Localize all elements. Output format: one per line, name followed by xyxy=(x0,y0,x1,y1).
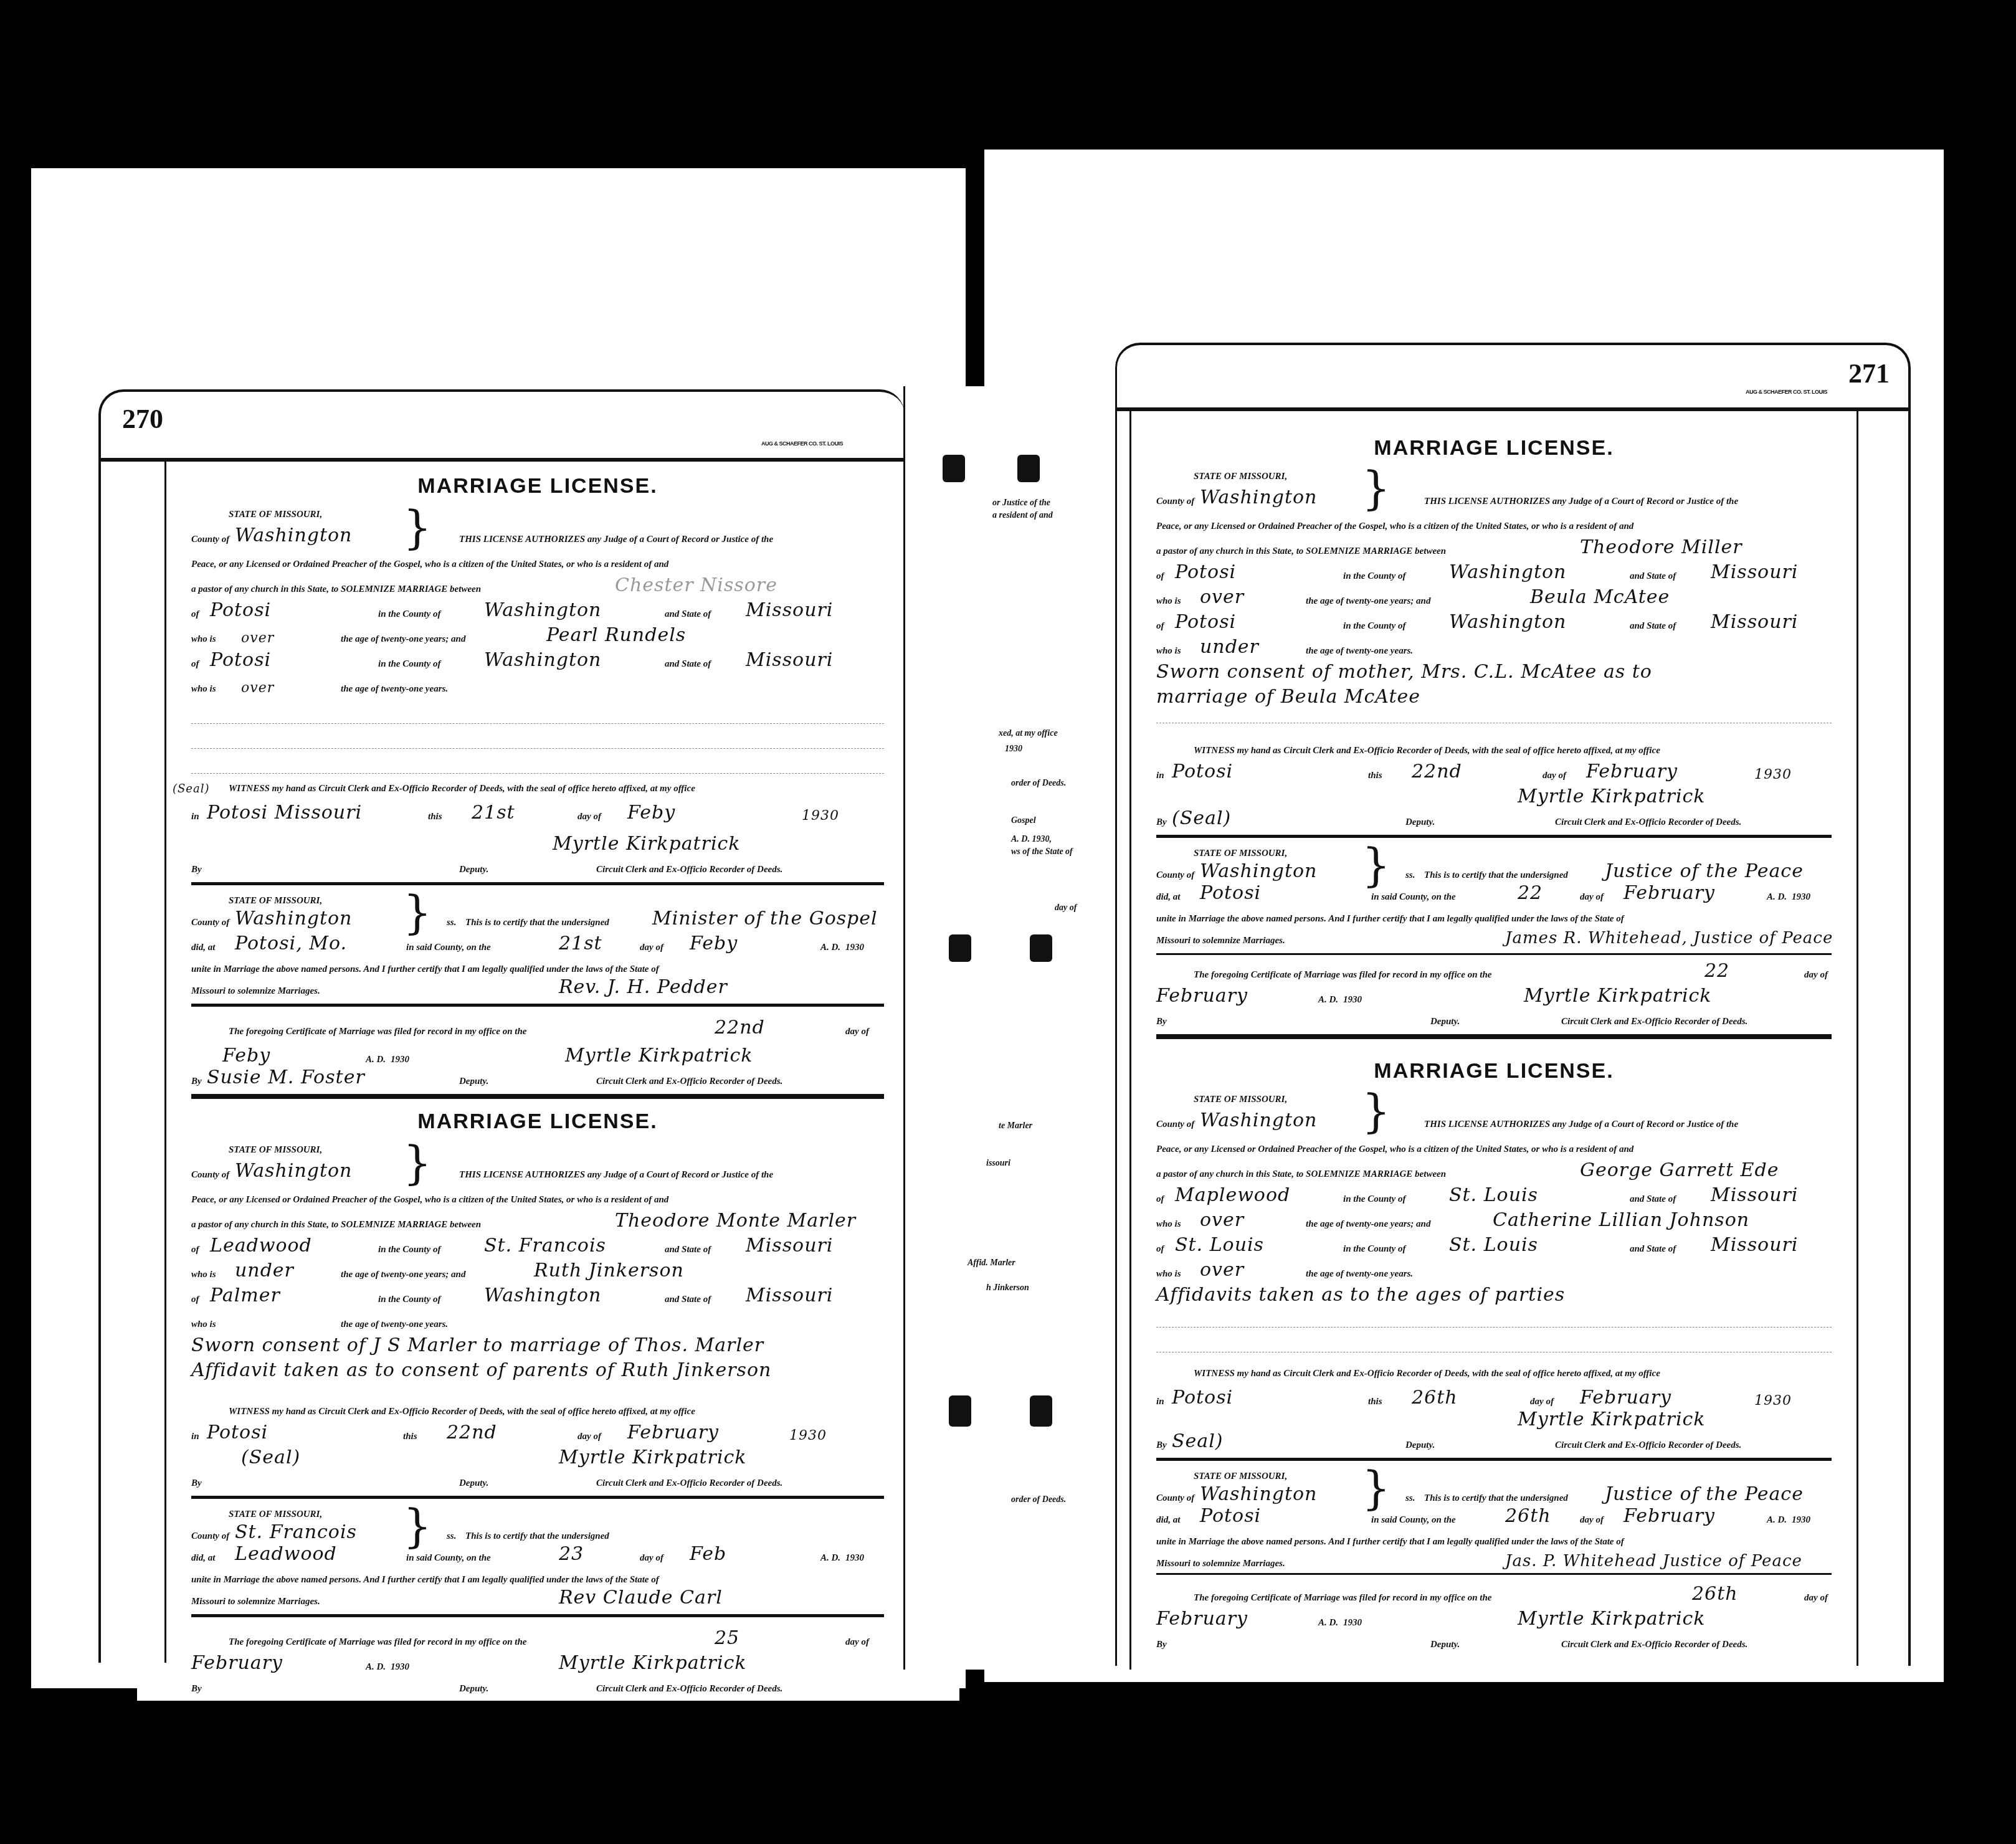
state-label: STATE OF MISSOURI, xyxy=(1194,848,1287,859)
who-is-label: who is xyxy=(191,684,216,695)
groom-county: St. Louis xyxy=(1449,1184,1538,1206)
age-label: the age of twenty-one years. xyxy=(1306,646,1413,657)
filed-deputy: Susie M. Foster xyxy=(207,1067,365,1088)
by-label: By xyxy=(1156,1440,1167,1451)
license-title: MARRIAGE LICENSE. xyxy=(166,474,909,498)
in-said-county-label: in said County, on the xyxy=(1371,892,1456,903)
unite-text: unite in Marriage the above named person… xyxy=(1156,1537,1624,1547)
day-of-label: day of xyxy=(1543,771,1566,781)
day-of-label: day of xyxy=(578,1432,601,1442)
authorizes-line-3: a pastor of any church in this State, to… xyxy=(191,1220,481,1230)
groom-town: Potosi xyxy=(210,599,271,621)
gutter-fragment: ws of the State of xyxy=(1011,847,1073,857)
in-label: in xyxy=(1156,771,1164,781)
bride-state: Missouri xyxy=(746,649,833,671)
clerk-title: Circuit Clerk and Ex-Officio Recorder of… xyxy=(596,1684,782,1694)
authorizes-line-3: a pastor of any church in this State, to… xyxy=(191,584,481,595)
groom-town: Potosi xyxy=(1175,561,1236,583)
gutter-fragment: or Justice of the xyxy=(992,498,1050,508)
county-of-label: in the County of xyxy=(378,609,440,620)
groom-name: Chester Nissore xyxy=(615,574,777,596)
witness-year: 1930 xyxy=(789,1428,827,1443)
state-label: STATE OF MISSOURI, xyxy=(229,1509,322,1520)
did-at-label: did, at xyxy=(191,943,215,953)
of-label: of xyxy=(191,1245,199,1255)
cert-county: Washington xyxy=(1200,1483,1317,1505)
age-label: the age of twenty-one years; and xyxy=(1306,1219,1430,1230)
bride-age: over xyxy=(1200,1259,1244,1281)
filed-clerk-signature: Myrtle Kirkpatrick xyxy=(559,1652,747,1674)
groom-age: over xyxy=(1200,586,1244,608)
cert-month: February xyxy=(1624,882,1715,904)
groom-name: Theodore Miller xyxy=(1580,536,1743,558)
cert-day: 23 xyxy=(559,1543,584,1565)
authorizes-line-2: Peace, or any Licensed or Ordained Preac… xyxy=(191,559,668,570)
day-of-label: day of xyxy=(845,1027,869,1037)
who-is-label: who is xyxy=(191,1270,216,1280)
authorizes-line-1: THIS LICENSE AUTHORIZES any Judge of a C… xyxy=(459,1170,773,1181)
cert-place: Leadwood xyxy=(235,1543,337,1565)
bride-name: Beula McAtee xyxy=(1530,586,1670,608)
page-number-left: 270 xyxy=(122,403,163,435)
certify-text: This is to certify that the undersigned xyxy=(1424,1493,1568,1504)
unite-text: unite in Marriage the above named person… xyxy=(1156,914,1624,924)
certify-text: This is to certify that the undersigned xyxy=(465,918,609,928)
witness-month: Feby xyxy=(627,802,675,824)
seal-mark: (Seal) xyxy=(173,782,210,796)
filed-text: The foregoing Certificate of Marriage wa… xyxy=(1194,970,1491,981)
day-of-label: day of xyxy=(640,943,663,953)
in-said-county-label: in said County, on the xyxy=(406,943,491,953)
filed-year: 1930 xyxy=(1343,1618,1362,1628)
witness-text: WITNESS my hand as Circuit Clerk and Ex-… xyxy=(229,784,695,794)
witness-month: February xyxy=(1586,761,1678,782)
who-is-label: who is xyxy=(191,1319,216,1330)
this-label: this xyxy=(1368,1397,1382,1407)
county-of-label: in the County of xyxy=(1343,1244,1405,1255)
license-county: Washington xyxy=(235,1160,352,1182)
filed-day: 22nd xyxy=(715,1017,765,1038)
groom-town: Leadwood xyxy=(210,1235,312,1257)
age-label: the age of twenty-one years. xyxy=(341,1319,448,1330)
day-of-label: day of xyxy=(1530,1397,1554,1407)
bride-town: Palmer xyxy=(210,1285,280,1306)
day-of-label: day of xyxy=(1804,1593,1828,1604)
witness-text: WITNESS my hand as Circuit Clerk and Ex-… xyxy=(229,1407,695,1417)
cert-county: Washington xyxy=(235,908,352,929)
bride-state: Missouri xyxy=(1711,1234,1798,1256)
groom-state: Missouri xyxy=(746,599,833,621)
binding-tab xyxy=(949,1395,971,1427)
of-label: of xyxy=(1156,621,1164,632)
ad-label: A. D. xyxy=(366,1662,386,1673)
by-label: By xyxy=(1156,817,1167,828)
bride-age: under xyxy=(1200,636,1259,658)
deputy-label: Deputy. xyxy=(459,1478,488,1489)
marriage-license-3: MARRIAGE LICENSE. STATE OF MISSOURI, } C… xyxy=(1131,411,1857,997)
in-label: in xyxy=(191,1432,199,1442)
witness-day: 21st xyxy=(472,802,515,824)
officiant-title: Justice of the Peace xyxy=(1605,1483,1804,1505)
gutter-fragment: te Marler xyxy=(999,1121,1032,1131)
witness-text: WITNESS my hand as Circuit Clerk and Ex-… xyxy=(1194,746,1660,756)
witness-place: Potosi xyxy=(207,1422,268,1443)
deputy-label: Deputy. xyxy=(1430,1017,1460,1027)
cert-place: Potosi xyxy=(1200,1505,1261,1527)
authorizes-line-2: Peace, or any Licensed or Ordained Preac… xyxy=(1156,521,1633,532)
age-label: the age of twenty-one years. xyxy=(341,684,448,695)
form-frame-left: MARRIAGE LICENSE. STATE OF MISSOURI, } C… xyxy=(164,462,911,1663)
gutter-fragment: a resident of and xyxy=(992,511,1053,521)
unite-text: unite in Marriage the above named person… xyxy=(191,964,659,975)
gutter-fragment: Gospel xyxy=(1011,816,1036,826)
deputy-label: Deputy. xyxy=(1405,1440,1435,1451)
who-is-label: who is xyxy=(1156,1269,1181,1280)
ad-label: A. D. xyxy=(820,1553,840,1564)
marriage-license-2: MARRIAGE LICENSE. STATE OF MISSOURI, } C… xyxy=(166,1103,909,1664)
groom-age: under xyxy=(235,1260,294,1281)
cert-month: February xyxy=(1624,1505,1715,1527)
solemnize-text: Missouri to solemnize Marriages. xyxy=(1156,936,1285,946)
county-of-label: in the County of xyxy=(378,1295,440,1305)
witness-text: WITNESS my hand as Circuit Clerk and Ex-… xyxy=(1194,1369,1660,1379)
certify-text: This is to certify that the undersigned xyxy=(1424,870,1568,881)
of-label: of xyxy=(1156,1194,1164,1205)
groom-name: Theodore Monte Marler xyxy=(615,1210,856,1232)
bride-name: Ruth Jinkerson xyxy=(534,1260,684,1281)
county-of-label: in the County of xyxy=(1343,621,1405,632)
filed-day: 22 xyxy=(1705,960,1729,982)
did-at-label: did, at xyxy=(1156,1515,1180,1526)
authorizes-line-3: a pastor of any church in this State, to… xyxy=(1156,546,1446,557)
filed-year: 1930 xyxy=(391,1662,409,1673)
county-of-label: in the County of xyxy=(378,659,440,670)
witness-deputy: Seal) xyxy=(1172,1430,1224,1452)
officiant-signature: Rev. J. H. Pedder xyxy=(559,976,728,998)
day-of-label: day of xyxy=(845,1637,869,1648)
by-label: By xyxy=(191,865,202,875)
groom-county: Washington xyxy=(484,599,601,621)
state-of-label: and State of xyxy=(1630,1194,1676,1205)
clerk-signature: Myrtle Kirkpatrick xyxy=(559,1447,747,1468)
clerk-signature: Myrtle Kirkpatrick xyxy=(553,833,741,855)
bride-county: St. Louis xyxy=(1449,1234,1538,1256)
printer-imprint: AUG & SCHAEFER CO. ST. LOUIS xyxy=(761,440,843,447)
ad-label: A. D. xyxy=(1767,1515,1787,1526)
state-of-label: and State of xyxy=(1630,621,1676,632)
ad-label: A. D. xyxy=(820,943,840,953)
filed-month: February xyxy=(1156,1608,1248,1630)
gutter-fragment: issouri xyxy=(986,1159,1010,1169)
groom-state: Missouri xyxy=(1711,561,1798,583)
license-title: MARRIAGE LICENSE. xyxy=(1131,1059,1857,1083)
did-at-label: did, at xyxy=(191,1553,215,1564)
gutter-fragment: A. D. 1930, xyxy=(1011,835,1052,845)
ad-label: A. D. xyxy=(1318,995,1338,1005)
bride-county: Washington xyxy=(484,649,601,671)
license-note: Sworn consent of J S Marler to marriage … xyxy=(191,1334,764,1356)
by-label: By xyxy=(191,1684,202,1694)
cert-year: 1930 xyxy=(1792,1515,1810,1526)
license-title: MARRIAGE LICENSE. xyxy=(1131,436,1857,460)
cert-day: 22 xyxy=(1518,882,1543,904)
groom-age: over xyxy=(241,630,274,646)
groom-town: Maplewood xyxy=(1175,1184,1290,1206)
binding-tab xyxy=(949,934,971,962)
county-label: County of xyxy=(191,1531,229,1542)
clerk-title: Circuit Clerk and Ex-Officio Recorder of… xyxy=(596,865,782,875)
bride-name: Catherine Lillian Johnson xyxy=(1493,1209,1749,1231)
county-of-label: in the County of xyxy=(378,1245,440,1255)
by-label: By xyxy=(1156,1640,1167,1650)
cert-year: 1930 xyxy=(1792,892,1810,903)
license-county: Washington xyxy=(1200,1110,1317,1131)
clerk-signature: Myrtle Kirkpatrick xyxy=(1518,1409,1706,1430)
deputy-label: Deputy. xyxy=(459,1076,488,1087)
ad-label: A. D. xyxy=(1318,1618,1338,1628)
filed-year: 1930 xyxy=(391,1055,409,1065)
ad-label: A. D. xyxy=(366,1055,386,1065)
binding-tab xyxy=(1030,1395,1052,1427)
in-label: in xyxy=(191,812,199,822)
who-is-label: who is xyxy=(1156,646,1181,657)
of-label: of xyxy=(191,659,199,670)
officiant-title: Minister of the Gospel xyxy=(652,908,878,929)
in-label: in xyxy=(1156,1397,1164,1407)
ad-label: A. D. xyxy=(1767,892,1787,903)
gutter-fragment: order of Deeds. xyxy=(1011,1495,1066,1505)
state-label: STATE OF MISSOURI, xyxy=(229,1145,322,1156)
witness-day: 22nd xyxy=(1412,761,1462,782)
unite-text: unite in Marriage the above named person… xyxy=(191,1575,659,1585)
state-label: STATE OF MISSOURI, xyxy=(1194,1471,1287,1482)
marriage-license-1: MARRIAGE LICENSE. STATE OF MISSOURI, } C… xyxy=(166,462,909,1041)
of-label: of xyxy=(191,609,199,620)
authorizes-line-1: THIS LICENSE AUTHORIZES any Judge of a C… xyxy=(459,535,773,545)
license-title: MARRIAGE LICENSE. xyxy=(166,1110,909,1134)
binding-tab xyxy=(943,455,965,482)
groom-county: St. Francois xyxy=(484,1235,606,1257)
bride-town: Potosi xyxy=(1175,611,1236,633)
county-label: County of xyxy=(191,918,229,928)
filed-text: The foregoing Certificate of Marriage wa… xyxy=(229,1027,526,1037)
deputy-label: Deputy. xyxy=(459,1684,488,1694)
day-of-label: day of xyxy=(1804,970,1828,981)
bride-town: Potosi xyxy=(210,649,271,671)
witness-deputy: (Seal) xyxy=(1172,807,1231,829)
of-label: of xyxy=(1156,1244,1164,1255)
clerk-title: Circuit Clerk and Ex-Officio Recorder of… xyxy=(596,1076,782,1087)
who-is-label: who is xyxy=(1156,1219,1181,1230)
did-at-label: did, at xyxy=(1156,892,1180,903)
authorizes-line-3: a pastor of any church in this State, to… xyxy=(1156,1169,1446,1180)
county-of-label: in the County of xyxy=(1343,571,1405,582)
filed-day: 26th xyxy=(1692,1583,1738,1605)
witness-day: 26th xyxy=(1412,1387,1458,1409)
deputy-label: Deputy. xyxy=(1430,1640,1460,1650)
license-county: Washington xyxy=(1200,487,1317,508)
cert-day: 26th xyxy=(1505,1505,1551,1527)
marriage-license-4: MARRIAGE LICENSE. STATE OF MISSOURI, } C… xyxy=(1131,1053,1857,1645)
county-label: County of xyxy=(1156,497,1194,507)
county-label: County of xyxy=(1156,1493,1194,1504)
groom-state: Missouri xyxy=(1711,1184,1798,1206)
page-number-right: 271 xyxy=(1848,358,1890,389)
gutter-fragment: xed, at my office xyxy=(999,729,1058,739)
license-note: Sworn consent of mother, Mrs. C.L. McAte… xyxy=(1156,661,1652,683)
solemnize-text: Missouri to solemnize Marriages. xyxy=(191,1597,320,1607)
witness-place: Potosi xyxy=(1172,761,1233,782)
age-label: the age of twenty-one years; and xyxy=(341,1270,465,1280)
cert-year: 1930 xyxy=(845,1553,864,1564)
state-label: STATE OF MISSOURI, xyxy=(229,896,322,906)
filed-month: February xyxy=(191,1652,283,1674)
authorizes-line-1: THIS LICENSE AUTHORIZES any Judge of a C… xyxy=(1424,1119,1738,1130)
bride-state: Missouri xyxy=(746,1285,833,1306)
cert-county: Washington xyxy=(1200,860,1317,882)
filed-clerk-signature: Myrtle Kirkpatrick xyxy=(565,1045,753,1067)
witness-place: Potosi xyxy=(1172,1387,1233,1409)
seal-mark: (Seal) xyxy=(241,1447,300,1468)
county-of-label: in the County of xyxy=(1343,1194,1405,1205)
filed-month: February xyxy=(1156,985,1248,1007)
state-of-label: and State of xyxy=(665,609,711,620)
county-label: County of xyxy=(1156,1119,1194,1130)
deputy-label: Deputy. xyxy=(459,865,488,875)
in-said-county-label: in said County, on the xyxy=(1371,1515,1456,1526)
groom-age: over xyxy=(1200,1209,1244,1231)
bride-state: Missouri xyxy=(1711,611,1798,633)
form-frame-right: MARRIAGE LICENSE. STATE OF MISSOURI, } C… xyxy=(1129,411,1858,1666)
day-of-label: day of xyxy=(578,812,601,822)
filed-year: 1930 xyxy=(1343,995,1362,1005)
binding-tab xyxy=(1017,455,1040,482)
license-note: Affidavit taken as to consent of parents… xyxy=(191,1359,771,1381)
state-of-label: and State of xyxy=(665,659,711,670)
solemnize-text: Missouri to solemnize Marriages. xyxy=(191,986,320,997)
state-of-label: and State of xyxy=(665,1245,711,1255)
authorizes-line-2: Peace, or any Licensed or Ordained Preac… xyxy=(191,1195,668,1205)
state-label: STATE OF MISSOURI, xyxy=(1194,472,1287,482)
ss-label: ss. xyxy=(447,918,456,928)
cert-month: Feby xyxy=(690,933,738,954)
gutter-fragment: day of xyxy=(1055,903,1077,913)
cert-day: 21st xyxy=(559,933,602,954)
solemnize-text: Missouri to solemnize Marriages. xyxy=(1156,1559,1285,1569)
clerk-title: Circuit Clerk and Ex-Officio Recorder of… xyxy=(596,1478,782,1489)
in-said-county-label: in said County, on the xyxy=(406,1553,491,1564)
this-label: this xyxy=(403,1432,417,1442)
witness-month: February xyxy=(1580,1387,1671,1409)
filed-month: Feby xyxy=(222,1045,270,1067)
left-ledger-page: 270 AUG & SCHAEFER CO. ST. LOUIS MARRIAG… xyxy=(98,389,905,1663)
cert-year: 1930 xyxy=(845,943,864,953)
of-label: of xyxy=(1156,571,1164,582)
bride-age: over xyxy=(241,680,274,696)
filed-day: 25 xyxy=(715,1627,739,1649)
this-label: this xyxy=(1368,771,1382,781)
ss-label: ss. xyxy=(1405,1493,1415,1504)
age-label: the age of twenty-one years; and xyxy=(341,634,465,645)
witness-day: 22nd xyxy=(447,1422,497,1443)
filed-clerk-signature: Myrtle Kirkpatrick xyxy=(1524,985,1712,1007)
by-label: By xyxy=(191,1076,202,1087)
witness-month: February xyxy=(627,1422,719,1443)
gutter-fragment: Affid. Marler xyxy=(968,1258,1015,1268)
age-label: the age of twenty-one years; and xyxy=(1306,596,1430,607)
filed-text: The foregoing Certificate of Marriage wa… xyxy=(229,1637,526,1648)
groom-county: Washington xyxy=(1449,561,1566,583)
witness-year: 1930 xyxy=(1754,1393,1792,1409)
clerk-signature: Myrtle Kirkpatrick xyxy=(1518,786,1706,807)
of-label: of xyxy=(191,1295,199,1305)
by-label: By xyxy=(191,1478,202,1489)
cert-county: St. Francois xyxy=(235,1521,357,1543)
day-of-label: day of xyxy=(1580,892,1604,903)
groom-state: Missouri xyxy=(746,1235,833,1257)
this-label: this xyxy=(428,812,442,822)
bride-county: Washington xyxy=(484,1285,601,1306)
ss-label: ss. xyxy=(1405,870,1415,881)
bride-name: Pearl Rundels xyxy=(546,624,686,646)
officiant-signature: Rev Claude Carl xyxy=(559,1587,723,1609)
witness-place: Potosi Missouri xyxy=(207,802,362,824)
authorizes-line-1: THIS LICENSE AUTHORIZES any Judge of a C… xyxy=(1424,497,1738,507)
by-label: By xyxy=(1156,1017,1167,1027)
age-label: the age of twenty-one years. xyxy=(1306,1269,1413,1280)
county-label: County of xyxy=(191,1170,229,1181)
day-of-label: day of xyxy=(640,1553,663,1564)
license-county: Washington xyxy=(235,525,352,546)
state-of-label: and State of xyxy=(665,1295,711,1305)
clerk-title: Circuit Clerk and Ex-Officio Recorder of… xyxy=(1561,1017,1747,1027)
who-is-label: who is xyxy=(191,634,216,645)
ss-label: ss. xyxy=(447,1531,456,1542)
state-of-label: and State of xyxy=(1630,571,1676,582)
who-is-label: who is xyxy=(1156,596,1181,607)
cert-place: Potosi, Mo. xyxy=(235,933,347,954)
license-note: marriage of Beula McAtee xyxy=(1156,686,1420,708)
witness-year: 1930 xyxy=(1754,767,1792,782)
county-label: County of xyxy=(191,535,229,545)
filed-text: The foregoing Certificate of Marriage wa… xyxy=(1194,1593,1491,1604)
state-of-label: and State of xyxy=(1630,1244,1676,1255)
filed-clerk-signature: Myrtle Kirkpatrick xyxy=(1518,1608,1706,1630)
cert-month: Feb xyxy=(690,1543,726,1565)
binding-tab xyxy=(1030,934,1052,962)
state-label: STATE OF MISSOURI, xyxy=(229,510,322,520)
clerk-title: Circuit Clerk and Ex-Officio Recorder of… xyxy=(1561,1640,1747,1650)
officiant-title: Justice of the Peace xyxy=(1605,860,1804,882)
bride-county: Washington xyxy=(1449,611,1566,633)
clerk-title: Circuit Clerk and Ex-Officio Recorder of… xyxy=(1555,817,1741,828)
gutter-fragment: 1930 xyxy=(1005,744,1022,754)
gutter-fragment: h Jinkerson xyxy=(986,1283,1029,1293)
officiant-signature: James R. Whitehead, Justice of Peace xyxy=(1505,929,1833,948)
clerk-title: Circuit Clerk and Ex-Officio Recorder of… xyxy=(1555,1440,1741,1451)
county-label: County of xyxy=(1156,870,1194,881)
authorizes-line-2: Peace, or any Licensed or Ordained Preac… xyxy=(1156,1144,1633,1155)
cert-place: Potosi xyxy=(1200,882,1261,904)
deputy-label: Deputy. xyxy=(1405,817,1435,828)
gutter-fragment: order of Deeds. xyxy=(1011,779,1066,789)
state-label: STATE OF MISSOURI, xyxy=(1194,1095,1287,1105)
groom-name: George Garrett Ede xyxy=(1580,1159,1779,1181)
license-note: Affidavits taken as to the ages of parti… xyxy=(1156,1284,1565,1306)
gutter-overlap-strip: or Justice of the a resident of and te M… xyxy=(903,386,1131,1670)
certify-text: This is to certify that the undersigned xyxy=(465,1531,609,1542)
day-of-label: day of xyxy=(1580,1515,1604,1526)
